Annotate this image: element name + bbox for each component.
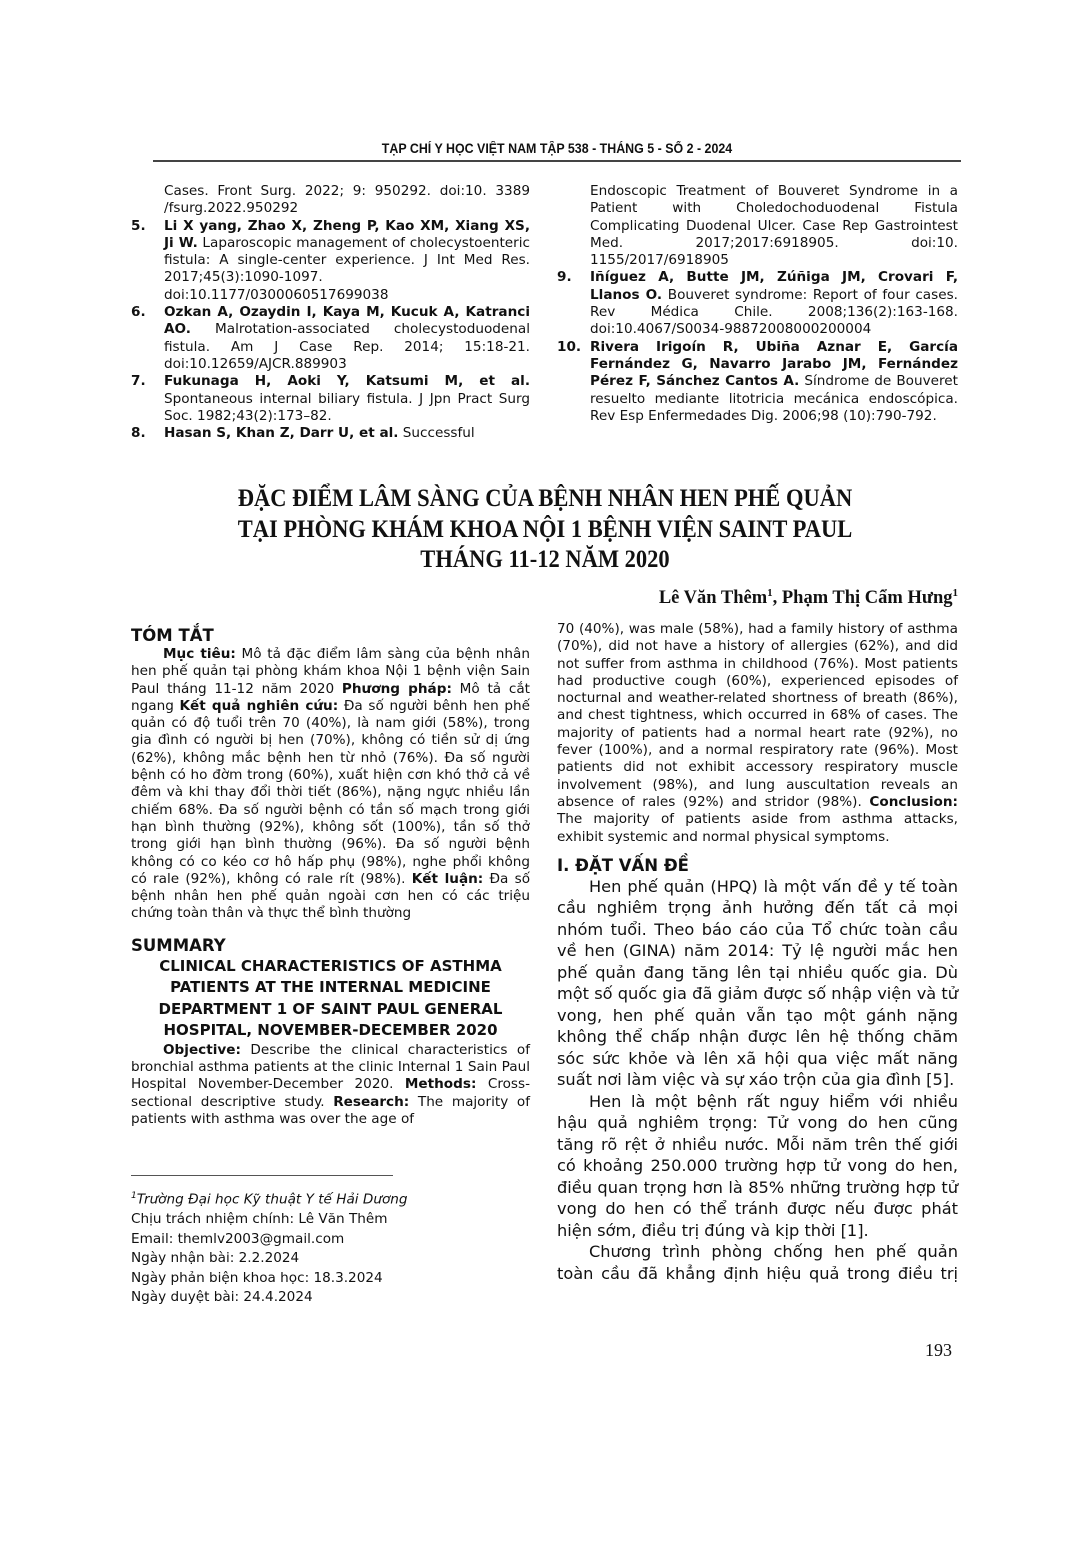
reference-authors: Fukunaga H, Aoki Y, Katsumi M, et al. (164, 373, 530, 389)
title-line: TẠI PHÒNG KHÁM KHOA NỘI 1 BỆNH VIỆN SAIN… (199, 515, 892, 546)
reference-item: 8. Hasan S, Khan Z, Darr U, et al. Succe… (131, 425, 530, 442)
reference-number: 10. (557, 339, 590, 425)
conclusion-text: The majority of patients aside from asth… (557, 811, 958, 844)
objective-label: Objective: (163, 1042, 241, 1058)
footnote-rule (131, 1175, 393, 1176)
footnotes: 1Trường Đại học Kỹ thuật Y tế Hải Dương … (131, 1187, 531, 1308)
abstract-vi-heading: TÓM TẮT (131, 625, 530, 646)
article-title: ĐẶC ĐIỂM LÂM SÀNG CỦA BỆNH NHÂN HEN PHẾ … (199, 484, 892, 576)
conclusion-label: Kết luận: (412, 871, 484, 887)
body-right-column: 70 (40%), was male (58%), had a family h… (557, 621, 958, 1284)
header-rule (153, 160, 961, 162)
reference-item: 9. Iñíguez A, Butte JM, Zúñiga JM, Crova… (557, 269, 958, 338)
conclusion-label: Conclusion: (869, 794, 958, 810)
page-number: 193 (925, 1340, 952, 1361)
affiliation-footnote: 1Trường Đại học Kỹ thuật Y tế Hải Dương (131, 1187, 531, 1210)
received-date: Ngày nhận bài: 2.2.2024 (131, 1249, 531, 1269)
methods-label: Methods: (405, 1076, 477, 1092)
author-name: Phạm Thị Cẩm Hưng (782, 588, 953, 608)
reference-continuation: Cases. Front Surg. 2022; 9: 950292. doi:… (131, 183, 530, 218)
title-line: ĐẶC ĐIỂM LÂM SÀNG CỦA BỆNH NHÂN HEN PHẾ … (199, 484, 892, 515)
email: Email: themlv2003@gmail.com (131, 1230, 531, 1250)
title-line: THÁNG 11-12 NĂM 2020 (199, 545, 892, 576)
introduction-body: Hen phế quản (HPQ) là một vấn đề y tế to… (557, 876, 958, 1285)
results-text: Đa số người bênh hen phế quản có độ tuổi… (131, 698, 530, 887)
author-affiliation-mark: 1 (953, 587, 959, 599)
objective-label: Mục tiêu: (163, 646, 236, 662)
paragraph: Hen phế quản (HPQ) là một vấn đề y tế to… (557, 876, 958, 1091)
reference-number: 5. (131, 218, 164, 304)
reference-text: Successful (398, 425, 474, 441)
reference-text: Spontaneous internal biliary fistula. J … (164, 391, 530, 424)
paragraph: Chương trình phòng chống hen phế quản to… (557, 1241, 958, 1284)
method-label: Phương pháp: (342, 681, 452, 697)
reference-item: 7. Fukunaga H, Aoki Y, Katsumi M, et al.… (131, 373, 530, 425)
running-head: TẠP CHÍ Y HỌC VIỆT NAM TẬP 538 - THÁNG 5… (185, 141, 928, 156)
corresponding-author: Chịu trách nhiệm chính: Lê Văn Thêm (131, 1210, 531, 1230)
reference-number: 6. (131, 304, 164, 373)
author-separator: , (773, 588, 782, 608)
review-date: Ngày phản biện khoa học: 18.3.2024 (131, 1269, 531, 1289)
affiliation-text: Trường Đại học Kỹ thuật Y tế Hải Dương (137, 1192, 408, 1208)
abstract-column: TÓM TẮT Mục tiêu: Mô tả đặc điểm lâm sàn… (131, 625, 530, 1128)
research-label: Research: (333, 1094, 409, 1110)
introduction-heading: I. ĐẶT VẤN ĐỀ (557, 855, 958, 876)
journal-page: TẠP CHÍ Y HỌC VIỆT NAM TẬP 538 - THÁNG 5… (0, 0, 1090, 1541)
article-authors: Lê Văn Thêm1, Phạm Thị Cẩm Hưng1 (560, 587, 958, 609)
paragraph: Hen là một bệnh rất nguy hiểm với nhiều … (557, 1091, 958, 1242)
reference-text: Malrotation-associated cholecystoduodena… (164, 321, 530, 372)
research-text-cont: 70 (40%), was male (58%), had a family h… (557, 621, 958, 810)
reference-item: 5. Li X yang, Zhao X, Zheng P, Kao XM, X… (131, 218, 530, 304)
summary-heading: SUMMARY (131, 935, 530, 956)
reference-item: 6. Ozkan A, Ozaydin I, Kaya M, Kucuk A, … (131, 304, 530, 373)
results-label: Kết quả nghiên cứu: (180, 698, 339, 714)
reference-text: Laparoscopic management of cholecystoent… (164, 235, 530, 303)
reference-number: 8. (131, 425, 164, 442)
author-name: Lê Văn Thêm (659, 588, 767, 608)
reference-continuation: Endoscopic Treatment of Bouveret Syndrom… (557, 183, 958, 269)
reference-number: 7. (131, 373, 164, 425)
accepted-date: Ngày duyệt bài: 24.4.2024 (131, 1288, 531, 1308)
references-right: Endoscopic Treatment of Bouveret Syndrom… (557, 183, 958, 425)
reference-item: 10. Rivera Irigoín R, Ubiña Aznar E, Gar… (557, 339, 958, 425)
summary-title: CLINICAL CHARACTERISTICS OF ASTHMA PATIE… (131, 956, 530, 1042)
abstract-en-continuation: 70 (40%), was male (58%), had a family h… (557, 621, 958, 846)
references-left: Cases. Front Surg. 2022; 9: 950292. doi:… (131, 183, 530, 442)
reference-authors: Hasan S, Khan Z, Darr U, et al. (164, 425, 398, 441)
abstract-vi-body: Mục tiêu: Mô tả đặc điểm lâm sàng của bệ… (131, 646, 530, 923)
abstract-en-body: Objective: Describe the clinical charact… (131, 1042, 530, 1128)
reference-number: 9. (557, 269, 590, 338)
